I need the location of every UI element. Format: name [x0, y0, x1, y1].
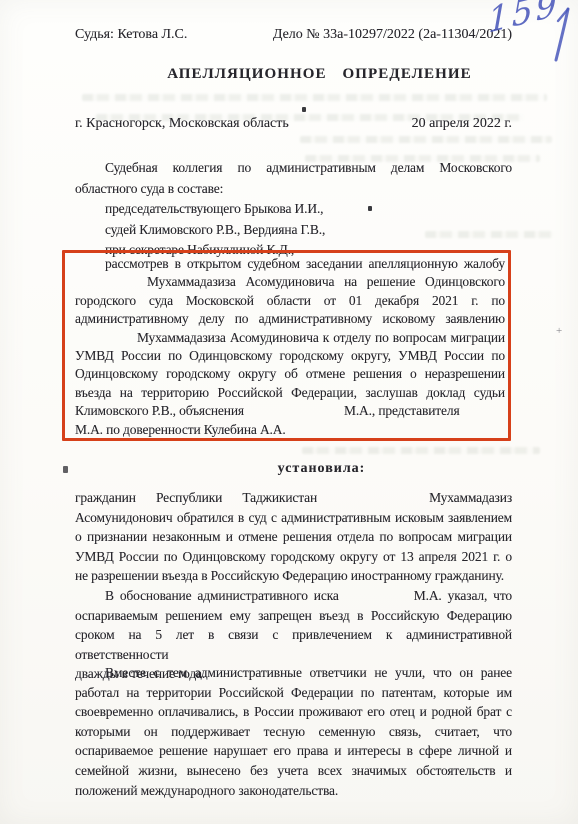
- handwritten-check-stroke: [548, 6, 574, 64]
- text-line: Асомунидонович обратился в суд с админис…: [75, 508, 512, 528]
- text-line: административному делу по административн…: [75, 310, 505, 328]
- text-line: УМВД России по Одинцовскому городскому о…: [75, 347, 505, 365]
- text-line: сроком на 5 лет в связи с привлечением к…: [75, 625, 512, 664]
- case-number: Дело № 33а-10297/2022 (2а-11304/2021): [273, 27, 512, 43]
- text-line: В обоснование административного искаМ.А.…: [75, 586, 512, 606]
- text-line: Мухаммадазиза Асомудиновича на решение О…: [75, 273, 505, 291]
- document-page: Судья: Кетова Л.С. Дело № 33а-10297/2022…: [0, 0, 578, 824]
- place-label: г. Красногорск, Московская область: [75, 116, 289, 132]
- section-heading: установила:: [75, 461, 540, 477]
- body-paragraph: гражданин Республики ТаджикистанМухаммад…: [75, 488, 512, 586]
- redaction-gap: [339, 599, 414, 600]
- text-line: которыми он поддерживает тесную семенную…: [75, 722, 512, 742]
- text-line: Одинцовскому городскому округу об отмене…: [75, 365, 505, 383]
- text-line: областного суда в составе:: [75, 179, 512, 200]
- body-paragraph: Вместе с тем административные ответчики …: [75, 663, 512, 800]
- header-row: Судья: Кетова Л.С. Дело № 33а-10297/2022…: [75, 27, 512, 43]
- text-line: Судебная коллегия по административным де…: [75, 158, 512, 179]
- text-line: Мухаммадазиза Асомудиновича к отделу по …: [75, 329, 505, 347]
- redaction-gap: [75, 233, 105, 234]
- bleed-through-artifact: [302, 447, 540, 454]
- text-line: судей Климовского Р.В., Вердияна Г.В.,: [75, 220, 512, 241]
- text-line: положений международного законодательств…: [75, 781, 512, 801]
- redaction-gap: [75, 267, 105, 268]
- scan-speck: [63, 466, 68, 473]
- redaction-gap: [75, 599, 105, 600]
- text-line: гражданин Республики ТаджикистанМухаммад…: [75, 488, 512, 508]
- redaction-gap: [75, 341, 137, 342]
- scan-speck: +: [556, 325, 565, 334]
- scan-speck: [302, 107, 306, 112]
- bleed-through-artifact: [300, 136, 552, 143]
- bleed-through-artifact: [82, 94, 547, 101]
- text-line: о признании незаконным и отмене решения …: [75, 527, 512, 547]
- highlight-box-text: рассмотрев в открытом судебном заседании…: [75, 255, 505, 439]
- text-line: въезда на территорию Российской Федераци…: [75, 384, 505, 402]
- redaction-gap: [75, 171, 105, 172]
- highlight-box: рассмотрев в открытом судебном заседании…: [62, 250, 511, 441]
- redaction-gap: [244, 414, 344, 415]
- text-line: своевременно оплачивались, в России прож…: [75, 702, 512, 722]
- text-line: оспариваемым решением ему запрещен въезд…: [75, 606, 512, 626]
- text-line: Вместе с тем административные ответчики …: [75, 663, 512, 683]
- text-line: не разрешении въезда в Российскую Федера…: [75, 566, 512, 586]
- redaction-gap: [75, 212, 105, 213]
- court-composition: Судебная коллегия по административным де…: [75, 158, 512, 261]
- text-line: УМВД России по Одинцовскому городскому о…: [75, 547, 512, 567]
- text-line: председательствующего Брыкова И.И.,: [75, 199, 512, 220]
- text-line: работал на территории Российской Федерац…: [75, 683, 512, 703]
- redaction-gap: [75, 285, 147, 286]
- judge-label: Судья: Кетова Л.С.: [75, 27, 187, 43]
- dateline: г. Красногорск, Московская область 20 ап…: [75, 116, 512, 132]
- date-label: 20 апреля 2022 г.: [412, 116, 512, 132]
- text-line: рассмотрев в открытом судебном заседании…: [75, 255, 505, 273]
- text-line: М.А. по доверенности Кулебина А.А.: [75, 421, 505, 439]
- text-line: семейной жизни, вынесено без учета всех …: [75, 761, 512, 781]
- document-title: АПЕЛЛЯЦИОННОЕ ОПРЕДЕЛЕНИЕ: [75, 66, 538, 83]
- text-line: Климовского Р.В., объясненияМ.А., предст…: [75, 402, 505, 420]
- text-line: оспариваемое решение нарушает его права …: [75, 741, 512, 761]
- redaction-gap: [75, 676, 105, 677]
- redaction-gap: [317, 501, 429, 502]
- text-line: городского суда Московской области от 01…: [75, 292, 505, 310]
